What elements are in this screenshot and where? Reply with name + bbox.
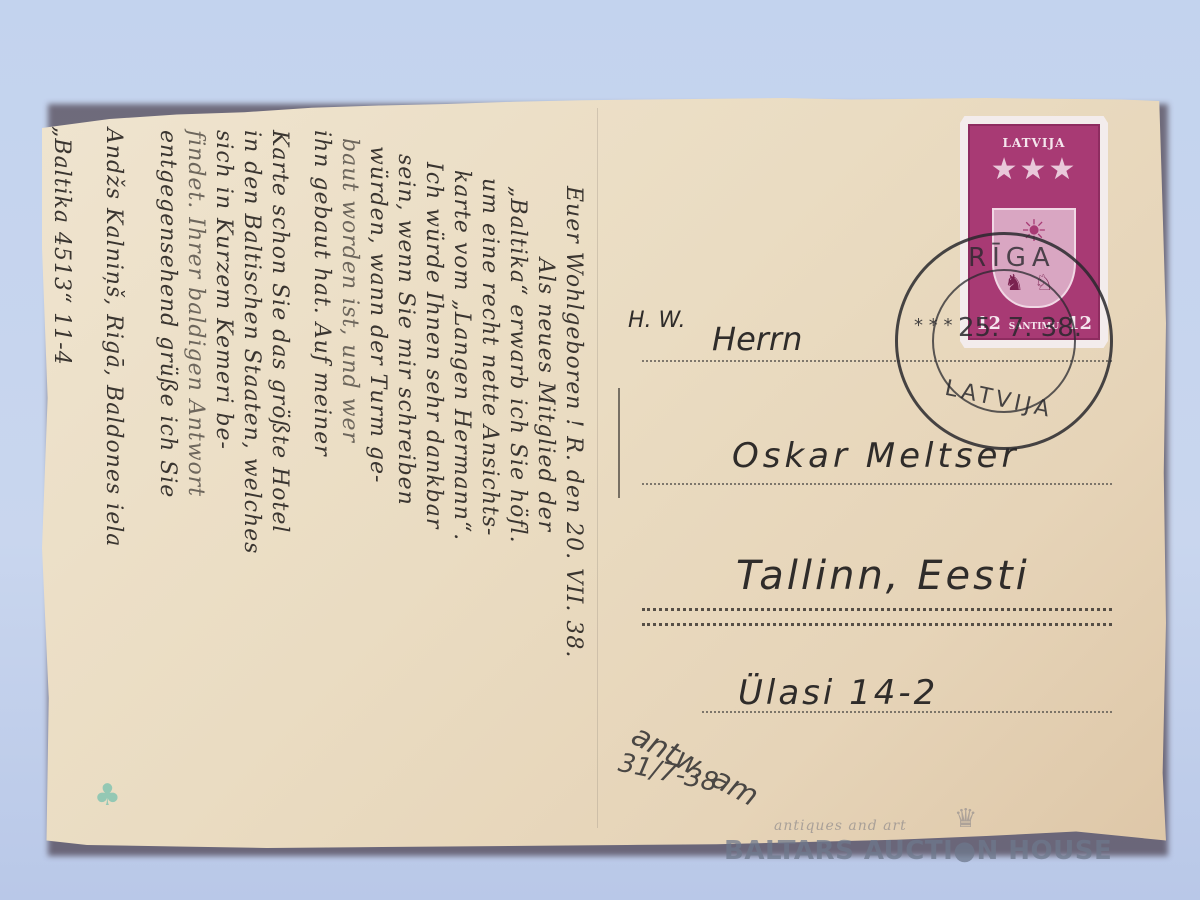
message-line: würden, wann der Turm ge-: [366, 146, 388, 483]
watermark-brand: BALTARS AUCTI●N HOUSE: [724, 836, 1112, 866]
message-line: ihn gebaut hat. Auf meiner: [310, 130, 332, 457]
address-prefix: H. W.: [628, 308, 685, 333]
message-line: findet. Ihrer baldigen Antwort: [184, 130, 206, 497]
address-street: Ülasi 14-2: [738, 673, 938, 713]
message-line: sich in Kurzem Kemeri be-: [212, 130, 234, 450]
address-line-2: [642, 483, 1112, 485]
crown-icon: ♛: [954, 804, 977, 834]
message-line: „Baltika“ erwarb ich Sie höfl.: [506, 186, 528, 544]
stamp-stars-icon: ★★★: [970, 152, 1098, 187]
address-line-4: [702, 711, 1112, 713]
message-line: entgegensehend grüße ich Sie: [156, 130, 178, 498]
message-line: um eine recht nette Ansichts-: [478, 178, 500, 536]
message-line: „Baltika 4513“ 11-4: [50, 126, 72, 366]
stamp-country: LATVIJA: [970, 136, 1098, 150]
postmark-city: RĪGA: [968, 243, 1056, 273]
postmark-stars-icon: * * *: [914, 315, 952, 336]
message-line: karte vom „Langen Hermann“.: [450, 170, 472, 541]
message-line: Als neues Mitglied der: [534, 258, 556, 532]
clover-stamp-icon: ♣: [94, 778, 121, 813]
message-area: Euer Wohlgeboren ! R. den 20. VII. 38. A…: [42, 98, 602, 848]
watermark: ♛ antiques and art BALTARS AUCTI●N HOUSE: [724, 818, 1164, 888]
message-line: Karte schon Sie das größte Hotel: [268, 130, 290, 533]
address-salutation: Herrn: [712, 320, 802, 358]
address-city: Tallinn, Eesti: [736, 553, 1030, 599]
message-line: in den Baltischen Staaten, welches: [240, 130, 262, 554]
message-line: sein, wenn Sie mir schreiben: [394, 154, 416, 506]
message-line: baut worden ist, und wer: [338, 138, 360, 443]
address-line-3b: [642, 623, 1112, 626]
postmark-date: 25. 7. 38.: [958, 313, 1082, 343]
watermark-tagline: antiques and art: [774, 818, 907, 834]
message-line: Andžs Kalniņš, Rigā, Baldones iela: [102, 128, 124, 547]
message-line: Ich würde Ihnen sehr dankbar: [422, 162, 444, 529]
postmark: RĪGA * * * 25. 7. 38. LATVIJA: [895, 232, 1113, 450]
address-line-3: [642, 608, 1112, 611]
message-line: Euer Wohlgeboren ! R. den 20. VII. 38.: [562, 186, 584, 658]
